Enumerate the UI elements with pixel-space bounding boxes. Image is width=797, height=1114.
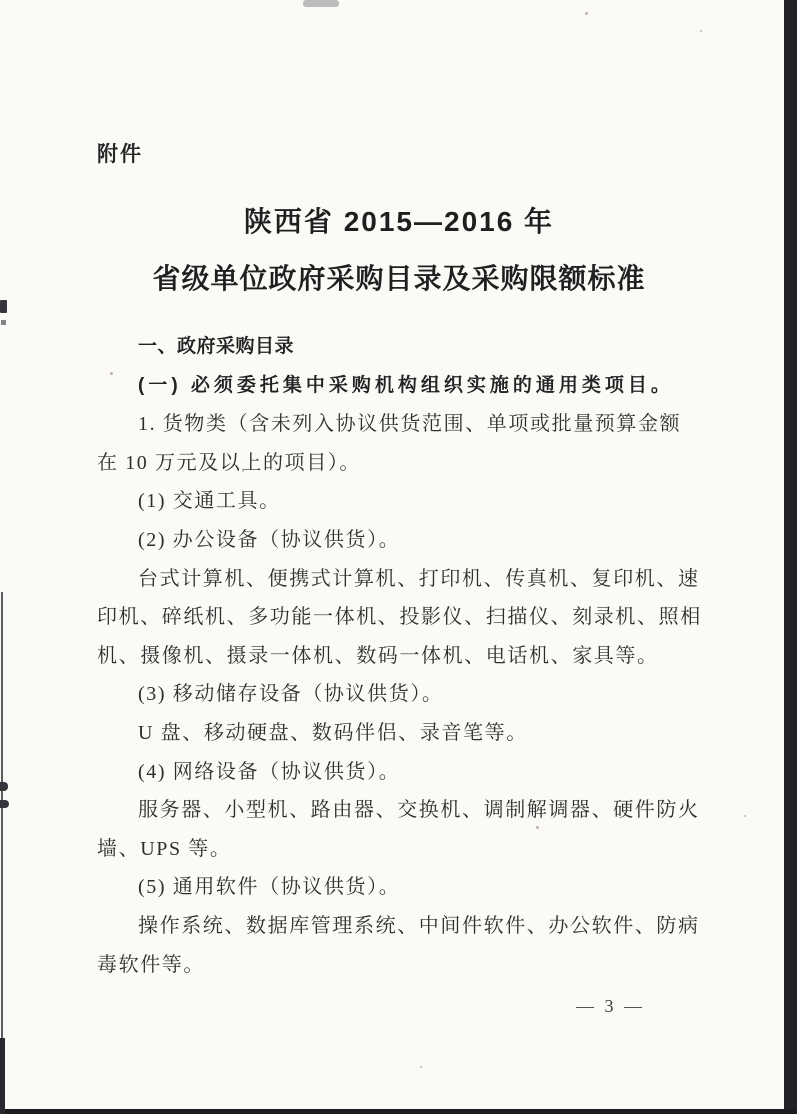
body-line: 服务器、小型机、路由器、交换机、调制解调器、硬件防火 (97, 791, 703, 830)
scan-speckle (700, 30, 702, 32)
scan-smudge (303, 0, 339, 7)
section-heading: 一、政府采购目录 (97, 328, 703, 367)
body-line: 墙、UPS 等。 (97, 830, 703, 869)
body-line: U 盘、移动硬盘、数码伴侣、录音笔等。 (97, 714, 703, 753)
scan-edge-right (784, 0, 797, 1114)
body-line: 机、摄像机、摄录一体机、数码一体机、电话机、家具等。 (97, 637, 703, 676)
scan-speckle (420, 1066, 422, 1068)
scan-edge-bottom (0, 1109, 797, 1114)
body-line: (2) 办公设备（协议供货）。 (97, 521, 703, 560)
scan-mark (0, 782, 8, 791)
body-line: 操作系统、数据库管理系统、中间件软件、办公软件、防病 (97, 907, 703, 946)
scan-edge-left-line (1, 592, 3, 1114)
body-line: 毒软件等。 (97, 946, 703, 985)
scan-speckle (744, 815, 746, 817)
scan-mark (1, 320, 6, 325)
body-line: 印机、碎纸机、多功能一体机、投影仪、扫描仪、刻录机、照相 (97, 598, 703, 637)
scan-mark (0, 300, 7, 313)
scanned-document-page: 附件 陕西省 2015—2016 年 省级单位政府采购目录及采购限额标准 一、政… (0, 0, 797, 1114)
body-line: 1. 货物类（含未列入协议供货范围、单项或批量预算金额 (97, 405, 703, 444)
body-line: (3) 移动储存设备（协议供货）。 (97, 675, 703, 714)
scan-mark (0, 800, 9, 808)
body-line: 台式计算机、便携式计算机、打印机、传真机、复印机、速 (97, 560, 703, 599)
body-line: (5) 通用软件（协议供货）。 (97, 868, 703, 907)
scan-edge-left-dark (0, 1038, 5, 1114)
document-title-line1: 陕西省 2015—2016 年 (97, 200, 701, 240)
scan-speckle (585, 12, 588, 15)
document-body: 一、政府采购目录 (一) 必须委托集中采购机构组织实施的通用类项目。 1. 货物… (97, 328, 703, 984)
document-title-line2: 省级单位政府采购目录及采购限额标准 (97, 257, 701, 297)
body-line: 在 10 万元及以上的项目）。 (97, 444, 703, 483)
page-number: — 3 — (576, 996, 645, 1017)
subsection-heading: (一) 必须委托集中采购机构组织实施的通用类项目。 (97, 367, 703, 406)
attachment-label: 附件 (97, 138, 143, 168)
document-title: 陕西省 2015—2016 年 省级单位政府采购目录及采购限额标准 (97, 200, 701, 297)
body-line: (4) 网络设备（协议供货）。 (97, 753, 703, 792)
body-line: (1) 交通工具。 (97, 482, 703, 521)
